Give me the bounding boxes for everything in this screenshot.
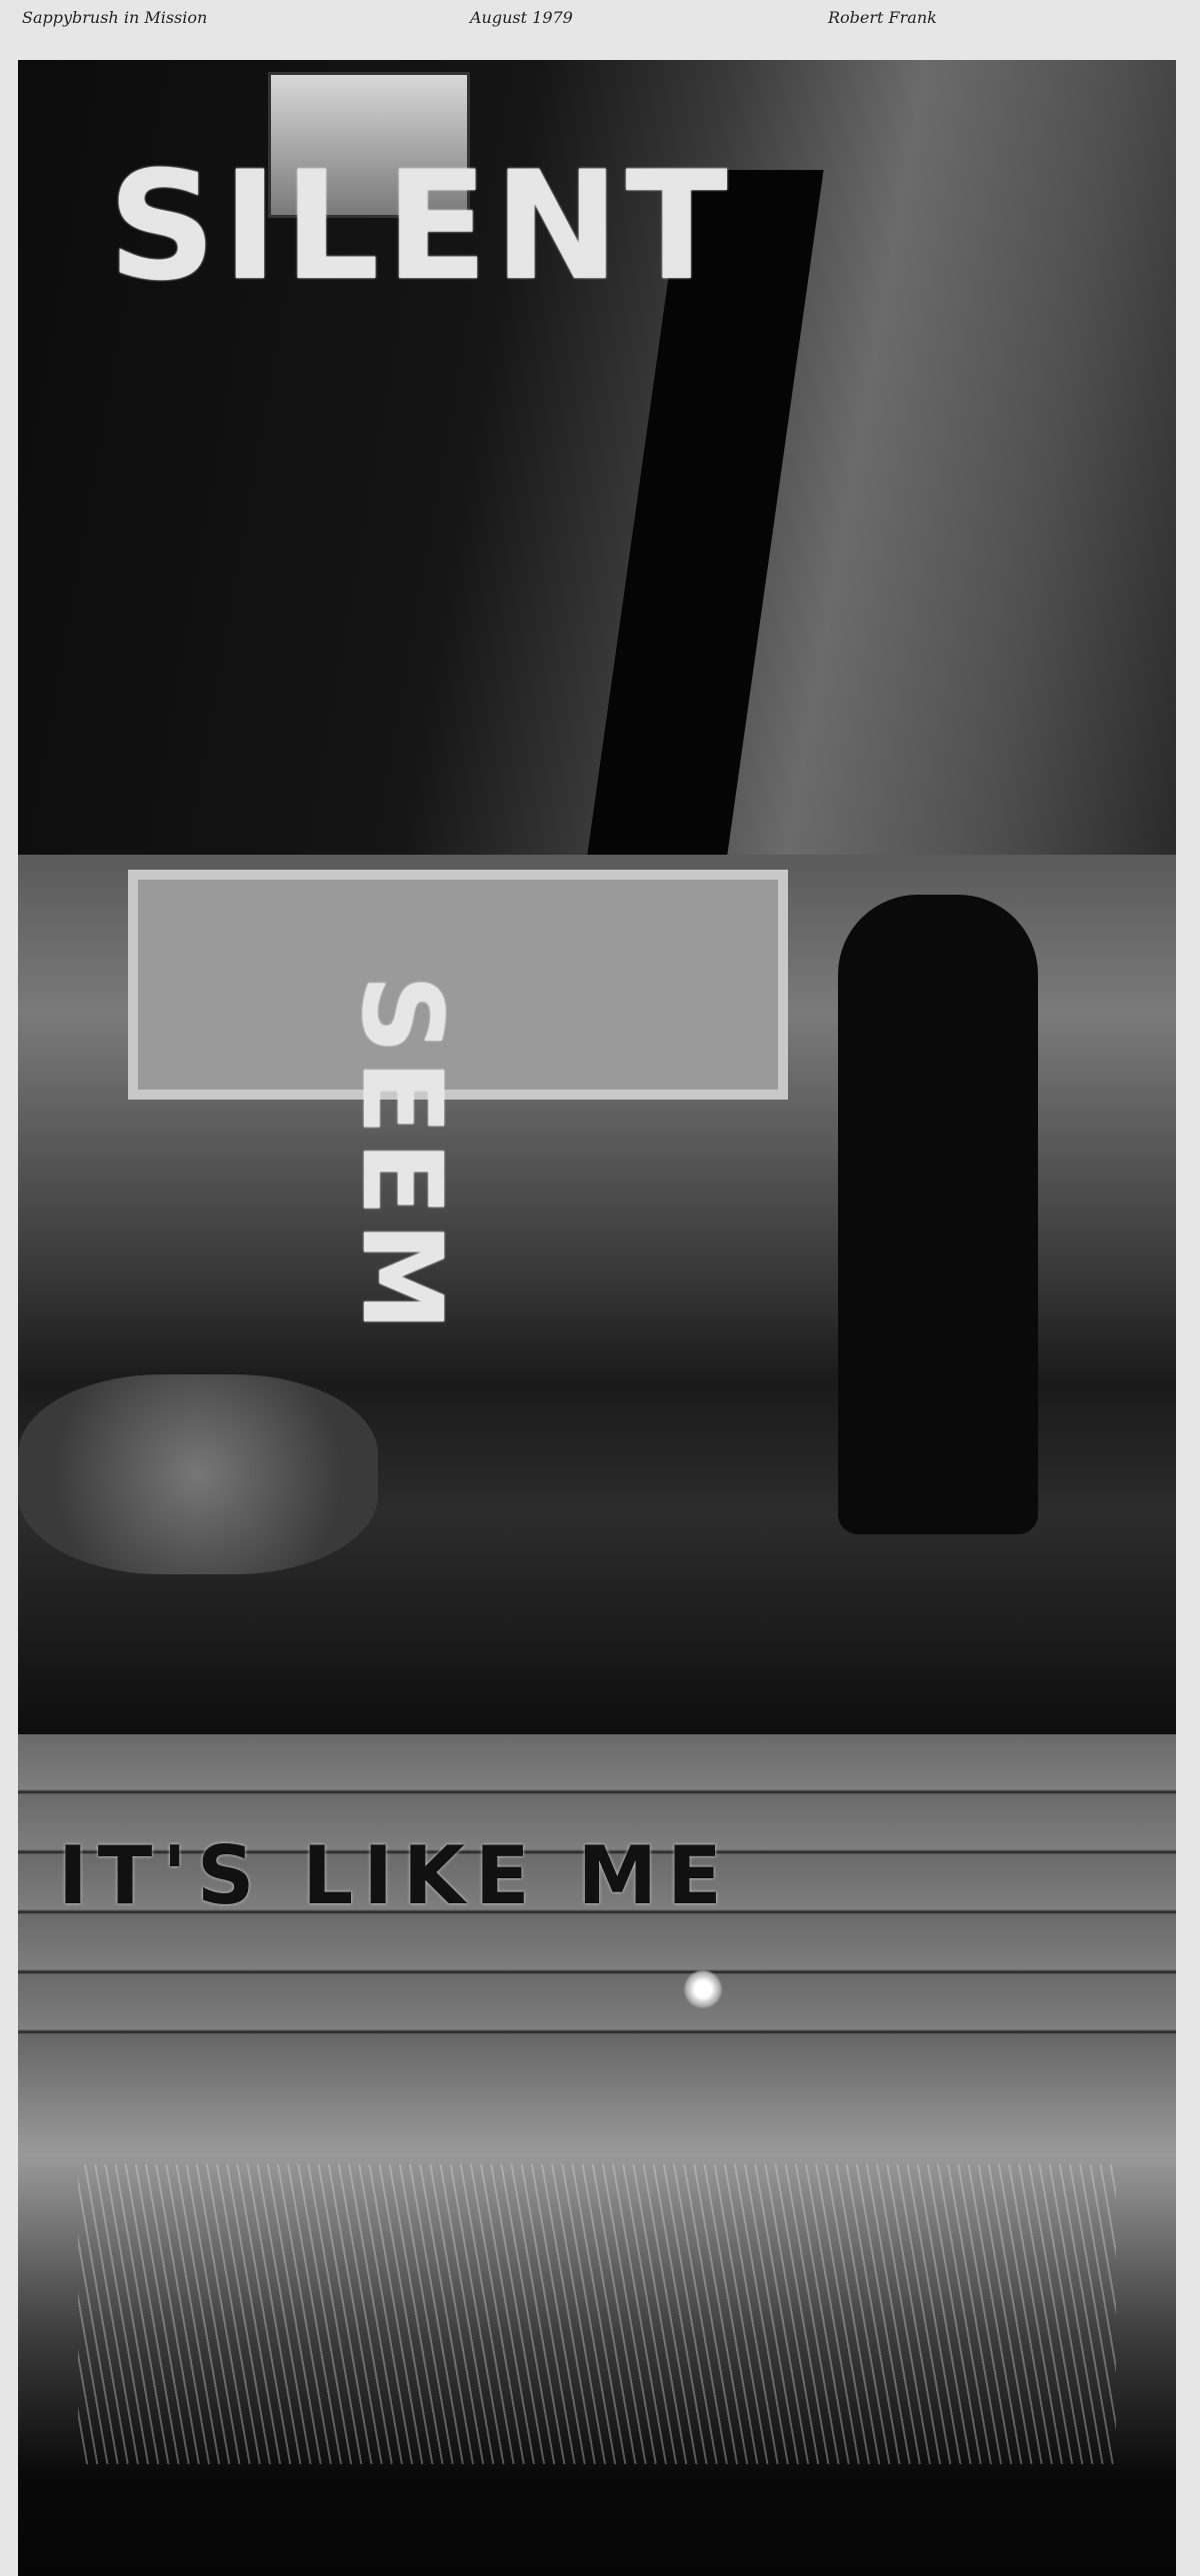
panel-middle: SEEM: [18, 855, 1176, 1734]
grass: [78, 2164, 1116, 2464]
flower: [683, 1969, 723, 2009]
caption-title: Sappybrush in Mission: [22, 8, 207, 27]
photo-collage: Sappybrush in Mission August 1979 Robert…: [0, 0, 1200, 2576]
panel-top: SILENT: [18, 60, 1176, 855]
caption-date: August 1979: [470, 8, 573, 27]
panel-bottom: IT'S LIKE ME: [18, 1734, 1176, 2576]
hand-shadow: [838, 895, 1038, 1534]
signature: Robert Frank: [828, 8, 937, 27]
scratched-text-middle: SEEM: [338, 975, 466, 1337]
bush: [18, 1374, 378, 1574]
painted-text: IT'S LIKE ME: [58, 1829, 732, 1922]
scratched-text-top: SILENT: [108, 140, 734, 314]
